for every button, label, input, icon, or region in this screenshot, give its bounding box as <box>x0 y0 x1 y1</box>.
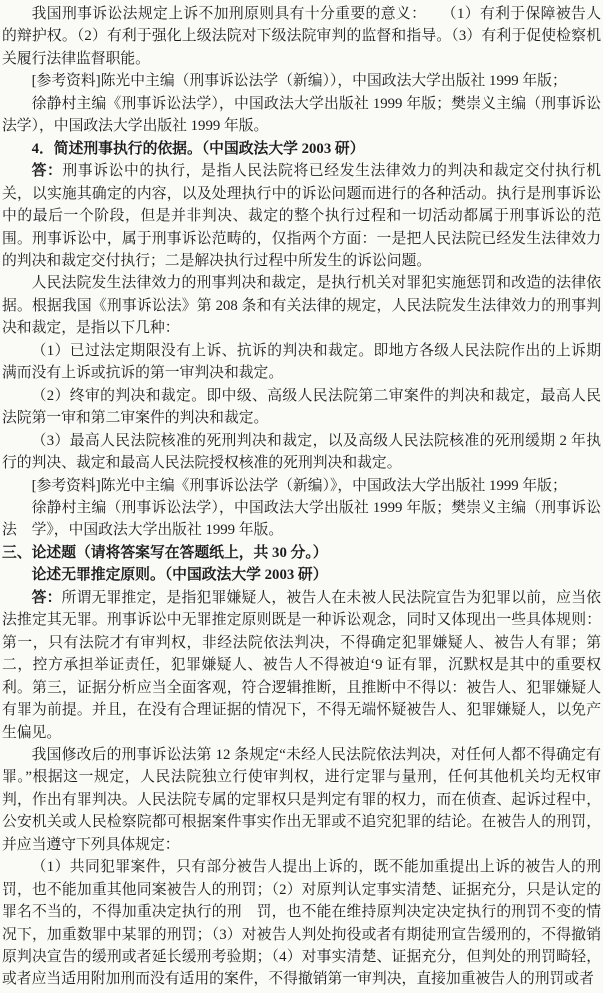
reference-note-line-3: [参考资料]陈光中主编《刑事诉讼法学（新编）》，中国政法大学出版社 1999 年… <box>2 475 601 497</box>
answer-label: 答： <box>32 163 63 179</box>
list-item-2-final-judgments: （2）终审的判决和裁定。即中级、高级人民法院第二审案件的判决和裁定，最高人民法院… <box>2 385 601 430</box>
answer-q4: 答：刑事诉讼中的执行，是指人民法院将已经发生法律效力的判决和裁定交付执行机关，以… <box>2 160 601 272</box>
essay-question-heading: 论述无罪推定原则。（中国政法大学 2003 研） <box>2 564 601 586</box>
paragraph-article-12: 我国修改后的刑事诉讼法第 12 条规定“未经人民法院依法判决，对任何人都不得确定… <box>2 744 601 856</box>
section-3-essay-heading: 三、论述题（请将答案写在答题纸上，共 30 分。） <box>2 542 601 564</box>
list-item-3-death-penalty-approval: （3）最高人民法院核准的死刑判决和裁定，以及高级人民法院核准的死刑缓期 2 年执… <box>2 430 601 475</box>
scanned-document-page: 我国刑事诉讼法规定上诉不加刑原则具有十分重要的意义： （1）有利于保障被告人的辩… <box>0 0 603 993</box>
paragraph-appeal-principle-significance: 我国刑事诉讼法规定上诉不加刑原则具有十分重要的意义： （1）有利于保障被告人的辩… <box>2 3 601 70</box>
answer-essay: 答：所谓无罪推定，是指犯罪嫌疑人，被告人在未被人民法院宣告为犯罪以前，应当依法推… <box>2 587 601 744</box>
reference-note-line-4: 徐静村主编（刑事诉讼法学），中国政法大学出版社 1999 年版；樊崇义主编（刑事… <box>2 497 601 542</box>
answer-q4-text: 刑事诉讼中的执行，是指人民法院将已经发生法律效力的判决和裁定交付执行机关，以实施… <box>2 163 601 269</box>
question-4-heading: 4．简述刑事执行的依据。（中国政法大学 2003 研） <box>2 138 601 160</box>
reference-note-line-2: 徐静村主编《刑事诉讼法学），中国政法大学出版社 1999 年版；樊崇义主编（刑事… <box>2 93 601 138</box>
answer-label: 答： <box>32 590 62 606</box>
answer-essay-text: 所谓无罪推定，是指犯罪嫌疑人，被告人在未被人民法院宣告为犯罪以前，应当依法推定其… <box>2 590 601 741</box>
reference-note-line-1: [参考资料]陈光中主编（刑事诉讼法学（新编）），中国政法大学出版社 1999 年… <box>2 70 601 92</box>
paragraph-effective-judgments: 人民法院发生法律效力的刑事判决和裁定，是执行机关对罪犯实施惩罚和改造的法律依据。… <box>2 272 601 339</box>
list-item-1-expired-appeal-period: （1）已过法定期限没有上诉、抗诉的判决和裁定。即地方各级人民法院作出的上诉期满而… <box>2 340 601 385</box>
paragraph-appeal-no-aggravation-rules: （1）共同犯罪案件，只有部分被告人提出上诉的，既不能加重提出上诉的被告人的刑罚，… <box>2 856 601 991</box>
